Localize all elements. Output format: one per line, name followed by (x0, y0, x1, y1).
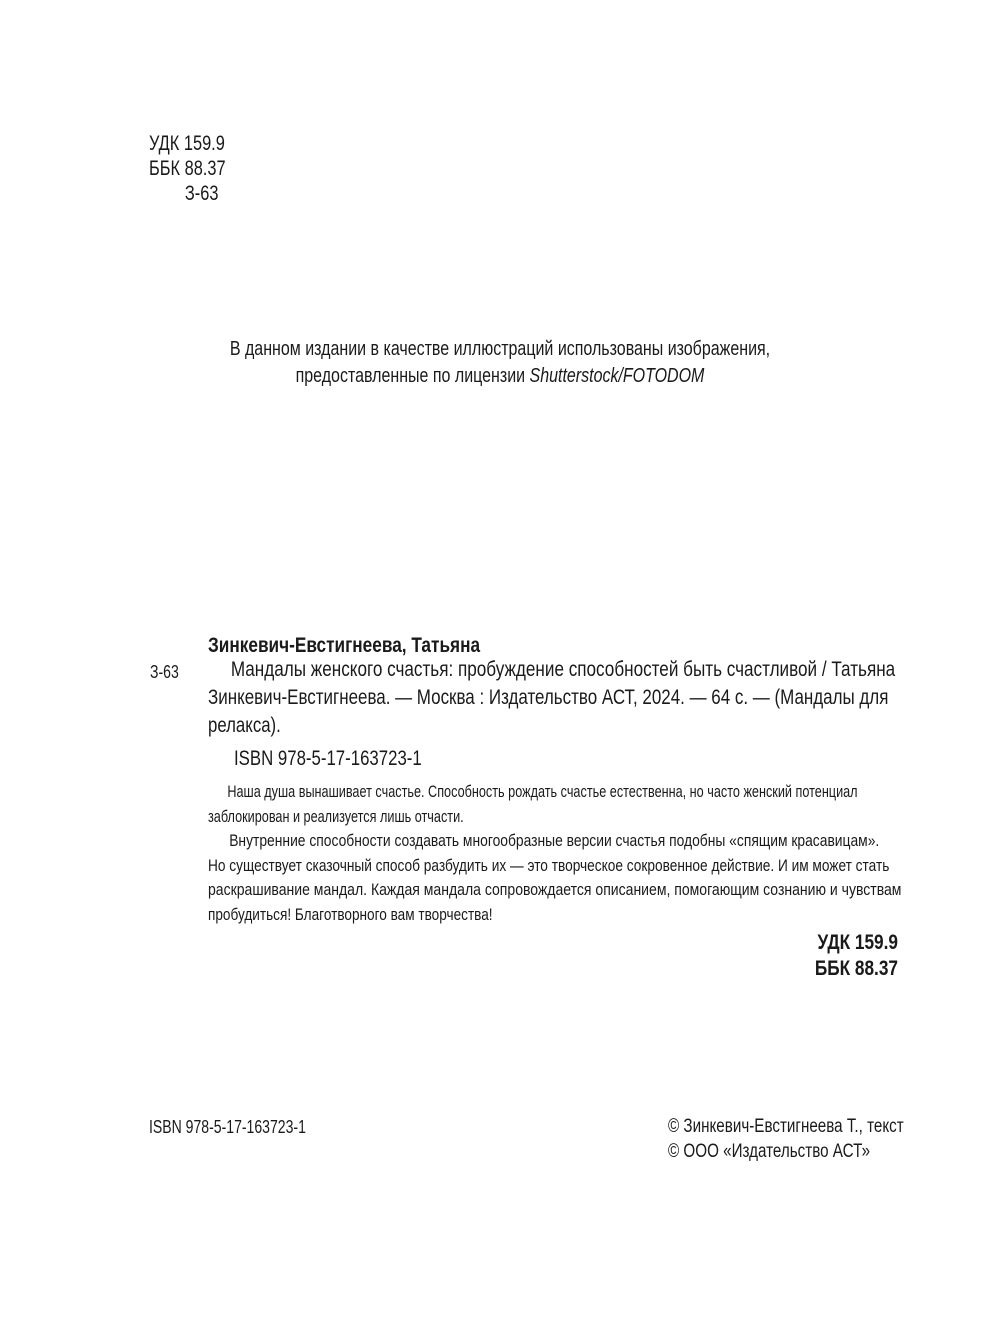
annotation-line: Наша душа вынашивает счастье. Способност… (208, 780, 722, 805)
description-line: Мандалы женского счастья: пробуждение сп… (208, 656, 770, 684)
udk-code: УДК 159.9 (149, 131, 226, 156)
udk-code: УДК 159.9 (801, 930, 898, 956)
illustration-notice: В данном издании в качестве иллюстраций … (0, 336, 1000, 390)
annotation-line: раскрашивание мандал. Каждая мандала соп… (208, 878, 777, 903)
annotation: Наша душа вынашивает счастье. Способност… (208, 780, 898, 927)
license-source: Shutterstock/FOTODOM (530, 365, 705, 387)
copyright-publisher: © ООО «Издательство АСТ» (668, 1139, 904, 1164)
notice-line-1: В данном издании в качестве иллюстраций … (100, 336, 900, 363)
isbn-record: ISBN 978-5-17-163723-1 (234, 746, 469, 772)
bibliographic-description: Мандалы женского счастья: пробуждение сп… (208, 656, 898, 740)
footer-classification: УДК 159.9 ББК 88.37 (780, 930, 898, 982)
bbk-code: ББК 88.37 (149, 156, 226, 181)
copyright-block: © Зинкевич-Евстигнеева Т., текст © ООО «… (668, 1114, 963, 1164)
copyright-text: © Зинкевич-Евстигнеева Т., текст (668, 1114, 904, 1139)
author-sign: З-63 (149, 181, 226, 206)
header-classification: УДК 159.9 ББК 88.37 З-63 (149, 131, 247, 206)
description-line: Зинкевич-Евстигнеева. — Москва : Издател… (208, 684, 766, 712)
annotation-line: заблокирован и реализуется лишь отчасти. (208, 805, 722, 830)
annotation-line: пробудиться! Благотворного вам творчеств… (208, 903, 760, 928)
notice-line-2: предоставленные по лицензии Shutterstock… (100, 363, 900, 390)
footer-isbn: ISBN 978-5-17-163723-1 (149, 1115, 350, 1139)
notice-prefix: предоставленные по лицензии (296, 365, 530, 387)
description-line: релакса). (208, 712, 760, 740)
annotation-line: Но существует сказочный способ разбудить… (208, 854, 763, 879)
author-sign-margin: З-63 (150, 660, 187, 684)
bbk-code: ББК 88.37 (801, 956, 898, 982)
annotation-line: Внутренние способности создавать многооб… (208, 829, 770, 854)
